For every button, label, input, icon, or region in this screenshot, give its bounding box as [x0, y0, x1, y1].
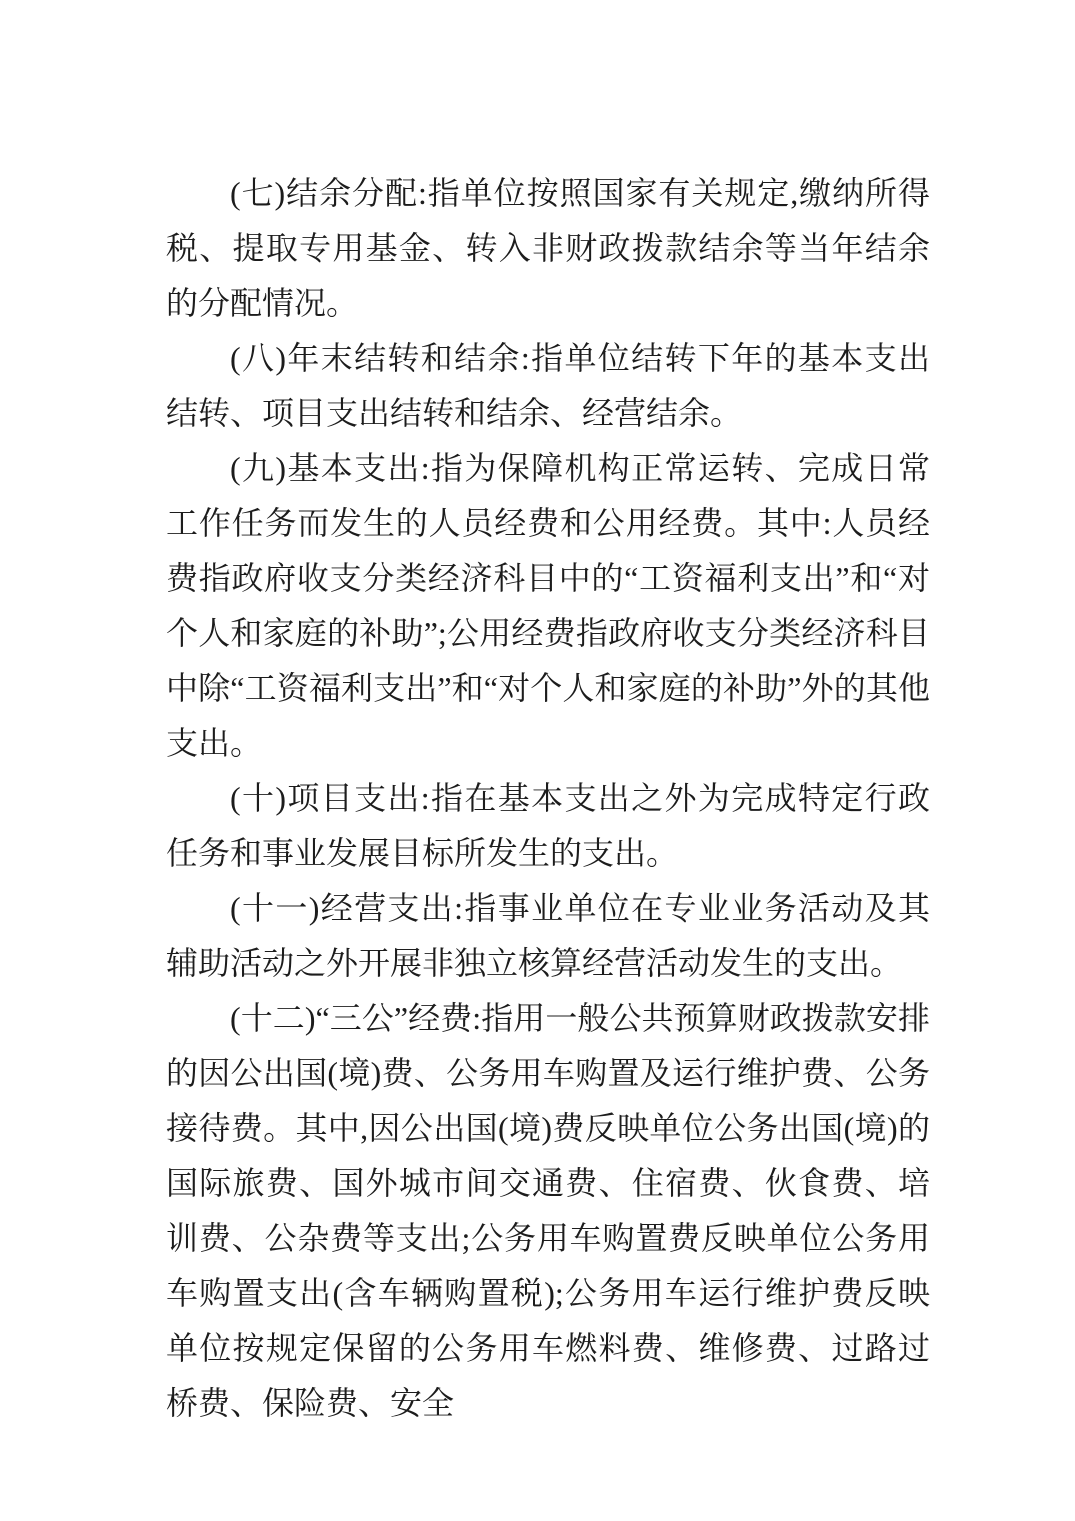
document-text-block: (七)结余分配:指单位按照国家有关规定,缴纳所得税、提取专用基金、转入非财政拨款… [166, 166, 930, 1431]
paragraph-project-expenditure: (十)项目支出:指在基本支出之外为完成特定行政任务和事业发展目标所发生的支出。 [166, 771, 930, 881]
paragraph-operating-expenditure: (十一)经营支出:指事业单位在专业业务活动及其辅助活动之外开展非独立核算经营活动… [166, 881, 930, 991]
paragraph-year-end-carryover: (八)年末结转和结余:指单位结转下年的基本支出结转、项目支出结转和结余、经营结余… [166, 331, 930, 441]
paragraph-basic-expenditure: (九)基本支出:指为保障机构正常运转、完成日常工作任务而发生的人员经费和公用经费… [166, 441, 930, 771]
paragraph-surplus-distribution: (七)结余分配:指单位按照国家有关规定,缴纳所得税、提取专用基金、转入非财政拨款… [166, 166, 930, 331]
document-page: (七)结余分配:指单位按照国家有关规定,缴纳所得税、提取专用基金、转入非财政拨款… [0, 0, 1075, 1521]
paragraph-three-public-funds: (十二)“三公”经费:指用一般公共预算财政拨款安排的因公出国(境)费、公务用车购… [166, 991, 930, 1431]
